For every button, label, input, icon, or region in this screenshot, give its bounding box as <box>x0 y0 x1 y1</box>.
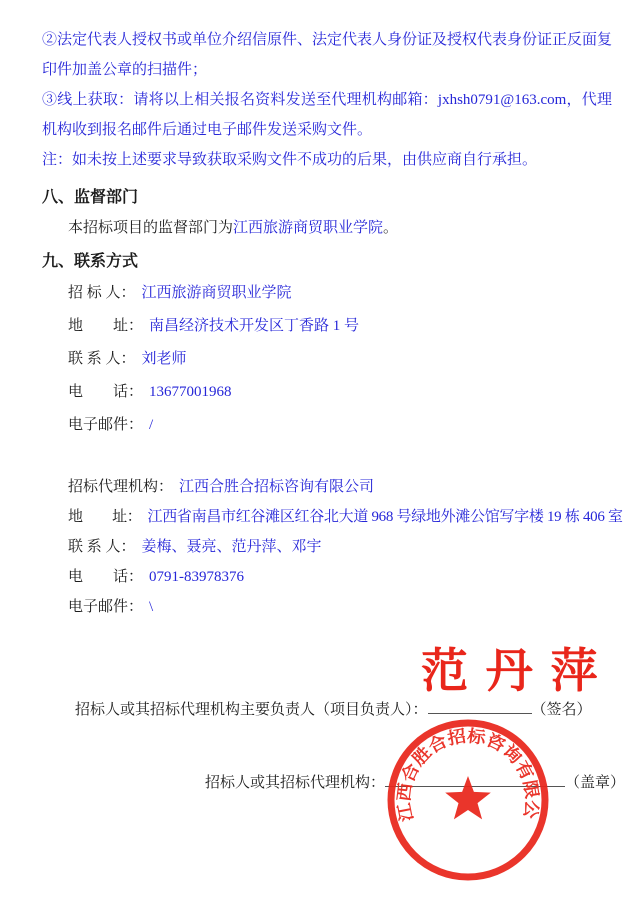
supervision-suffix: 。 <box>383 220 398 236</box>
agency-address-label: 地 址： <box>68 509 142 525</box>
agency-email-value: \ <box>143 599 153 615</box>
seal-star-icon <box>445 776 491 819</box>
company-seal-stamp: 江西合胜合招标咨询有限公司 <box>382 714 554 886</box>
agency-phone-label: 电 话： <box>68 569 143 585</box>
tenderer-name-value: 江西旅游商贸职业学院 <box>136 285 292 301</box>
tenderer-phone-value: 13677001968 <box>143 384 232 400</box>
tenderer-contact-label: 联 系 人： <box>68 351 136 367</box>
supervision-department-name: 江西旅游商贸职业学院 <box>233 220 383 236</box>
supervision-prefix: 本招标项目的监督部门为 <box>68 220 233 236</box>
agency-contact-row: 联 系 人：姜梅、聂亮、范丹萍、邓宇 <box>42 537 612 557</box>
agency-name-row: 招标代理机构：江西合胜合招标咨询有限公司 <box>42 477 612 497</box>
principal-signature-underline <box>428 699 532 714</box>
agency-contact-label: 联 系 人： <box>68 539 136 555</box>
agency-contact-block: 招标代理机构：江西合胜合招标咨询有限公司 地 址：江西省南昌市红谷滩区红谷北大道… <box>42 477 612 617</box>
agency-name-label: 招标代理机构： <box>68 479 173 495</box>
tenderer-address-value: 南昌经济技术开发区丁香路 1 号 <box>143 318 359 334</box>
section-8-heading: 八、监督部门 <box>42 187 612 209</box>
agency-contact-value: 姜梅、聂亮、范丹萍、邓宇 <box>136 539 322 555</box>
document-page: ②法定代表人授权书或单位介绍信原件、法定代表人身份证及授权代表身份证正反面复印件… <box>0 0 640 919</box>
tenderer-contact-value: 刘老师 <box>136 351 187 367</box>
tenderer-email-row: 电子邮件：/ <box>42 415 612 435</box>
tenderer-address-row: 地 址：南昌经济技术开发区丁香路 1 号 <box>42 316 612 336</box>
tenderer-name-label: 招 标 人： <box>68 285 136 301</box>
section-8-body: 本招标项目的监督部门为江西旅游商贸职业学院。 <box>42 217 612 239</box>
tenderer-phone-label: 电 话： <box>68 384 143 400</box>
agency-address-value: 江西省南昌市红谷滩区红谷北大道 968 号绿地外滩公馆写字楼 19 栋 406 … <box>142 509 623 525</box>
tenderer-contact-row: 联 系 人：刘老师 <box>42 349 612 369</box>
agency-phone-value: 0791-83978376 <box>143 569 244 585</box>
paragraph-item-2: ②法定代表人授权书或单位介绍信原件、法定代表人身份证及授权代表身份证正反面复印件… <box>42 25 612 85</box>
tenderer-email-value: / <box>143 417 153 433</box>
agency-name-value: 江西合胜合招标咨询有限公司 <box>173 479 374 495</box>
tenderer-name-row: 招 标 人：江西旅游商贸职业学院 <box>42 283 612 303</box>
agency-email-row: 电子邮件：\ <box>42 597 612 617</box>
tenderer-email-label: 电子邮件： <box>68 417 143 433</box>
tenderer-phone-row: 电 话：13677001968 <box>42 382 612 402</box>
note-paragraph: 注：如未按上述要求导致获取采购文件不成功的后果，由供应商自行承担。 <box>42 145 612 175</box>
handwritten-signature: 范 丹 萍 <box>421 644 601 700</box>
agency-address-row: 地 址：江西省南昌市红谷滩区红谷北大道 968 号绿地外滩公馆写字楼 19 栋 … <box>42 507 612 527</box>
agency-email-label: 电子邮件： <box>68 599 143 615</box>
section-9-heading: 九、联系方式 <box>42 251 612 273</box>
agency-phone-row: 电 话：0791-83978376 <box>42 567 612 587</box>
agency-seal-label: 招标人或其招标代理机构： <box>205 775 385 791</box>
agency-seal-suffix: （盖章） <box>565 775 625 791</box>
principal-signature-label: 招标人或其招标代理机构主要负责人（项目负责人）： <box>75 702 428 718</box>
paragraph-item-3: ③线上获取：请将以上相关报名资料发送至代理机构邮箱：jxhsh0791@163.… <box>42 85 612 145</box>
tenderer-contact-block: 招 标 人：江西旅游商贸职业学院 地 址：南昌经济技术开发区丁香路 1 号 联 … <box>42 283 612 435</box>
tenderer-address-label: 地 址： <box>68 318 143 334</box>
